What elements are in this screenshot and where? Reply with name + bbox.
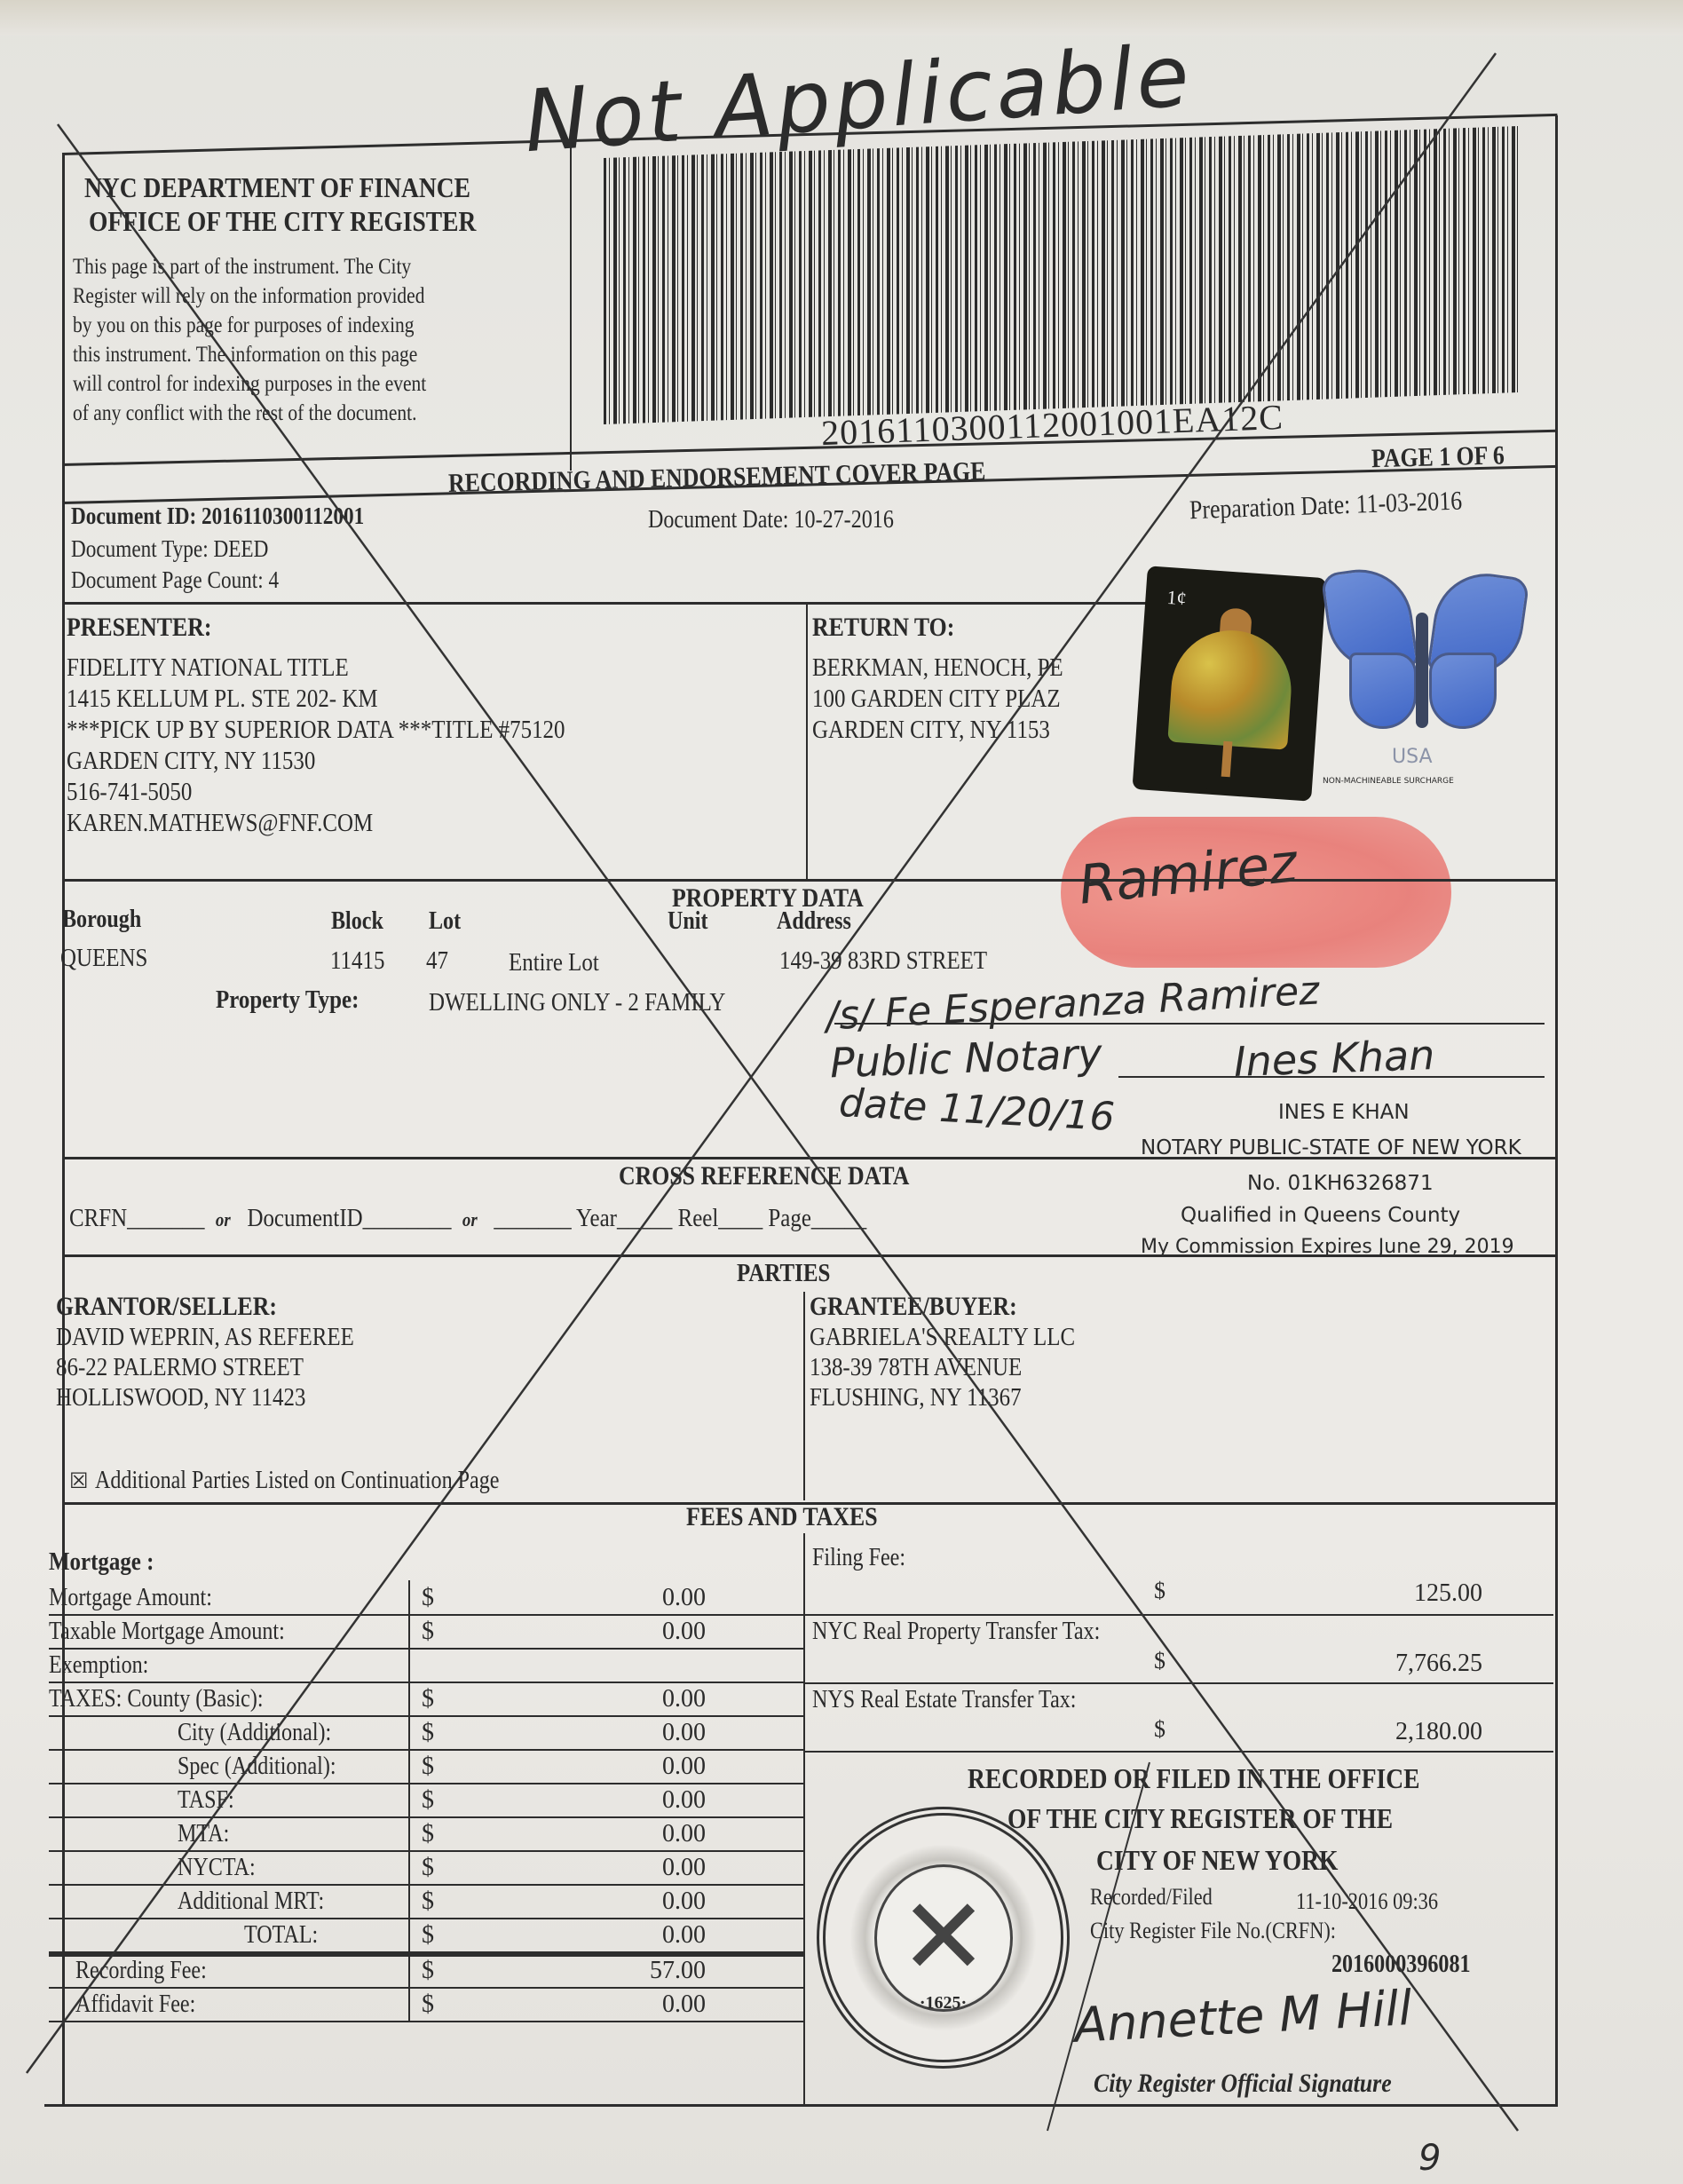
handwritten-page-number: 9 <box>1418 2138 1441 2179</box>
cross-out-lines <box>0 0 1683 2184</box>
